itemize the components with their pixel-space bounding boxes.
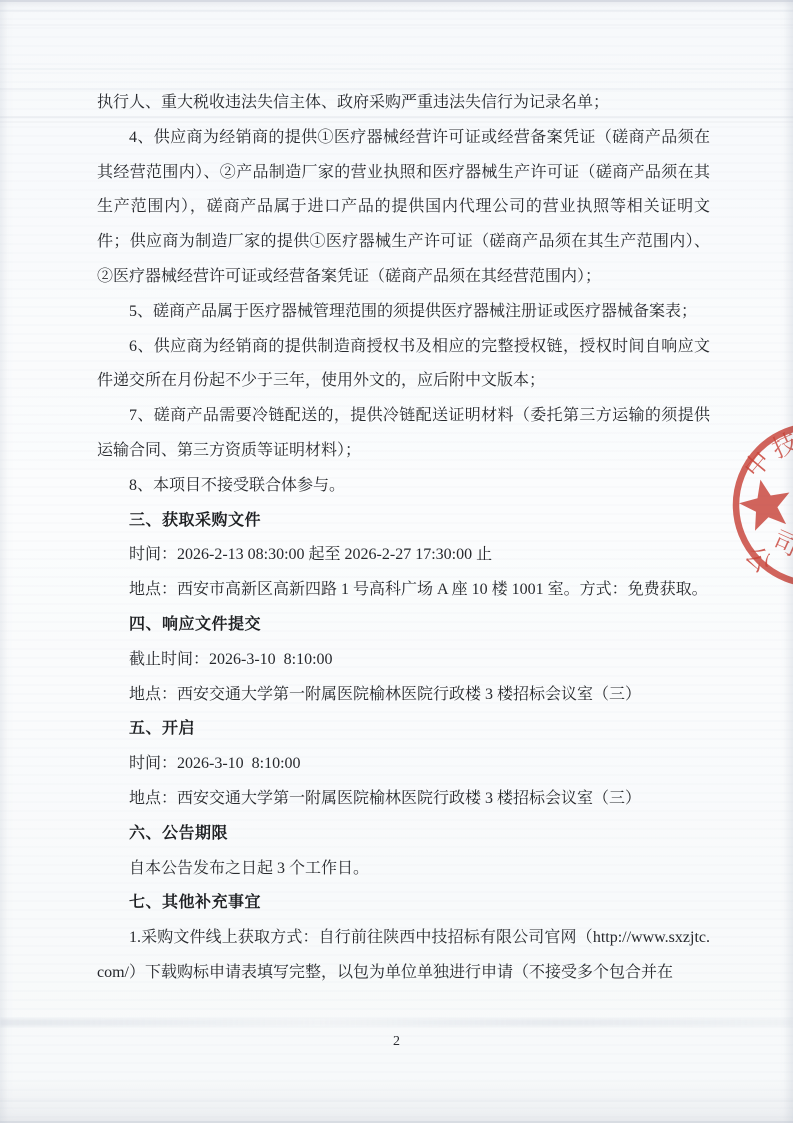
- clause-7: 7、磋商产品需要冷链配送的，提供冷链配送证明材料（委托第三方运输的须提供运输合同…: [97, 399, 710, 469]
- acquire-time: 时间：2026-2-13 08:30:00 起至 2026-2-27 17:30…: [97, 538, 710, 573]
- scan-artifact-band: [0, 1019, 793, 1026]
- open-location: 地点：西安交通大学第一附属医院榆林医院行政楼 3 楼招标会议室（三）: [97, 782, 710, 817]
- scan-artifact-line: [0, 24, 793, 26]
- scan-artifact-line: [0, 10, 793, 12]
- scan-artifact-line: [0, 0, 793, 2]
- acquire-location: 地点：西安市高新区高新四路 1 号高科广场 A 座 10 楼 1001 室。方式…: [97, 573, 710, 608]
- section-4-heading: 四、响应文件提交: [97, 608, 710, 643]
- red-company-seal-icon: 中 技 公 司: [731, 412, 793, 598]
- clause-8: 8、本项目不接受联合体参与。: [97, 469, 710, 504]
- seal-star-icon: [739, 480, 789, 531]
- body-line-continuation: 执行人、重大税收违法失信主体、政府采购严重违法失信行为记录名单；: [97, 86, 710, 121]
- scanned-document-page: 执行人、重大税收违法失信主体、政府采购严重违法失信行为记录名单； 4、供应商为经…: [0, 0, 793, 1123]
- scan-artifact-line: [0, 68, 793, 70]
- seal-character-top: 中: [739, 446, 777, 483]
- scan-artifact-line: [0, 1100, 793, 1102]
- submit-deadline: 截止时间：2026-3-10 8:10:00: [97, 643, 710, 678]
- clause-4: 4、供应商为经销商的提供①医疗器械经营许可证或经营备案凭证（磋商产品须在其经营范…: [97, 121, 710, 295]
- clause-5: 5、磋商产品属于医疗器械管理范围的须提供医疗器械注册证或医疗器械备案表；: [97, 295, 710, 330]
- section-5-heading: 五、开启: [97, 712, 710, 747]
- section-6-heading: 六、公告期限: [97, 817, 710, 852]
- seal-character-top-partial: 技: [768, 428, 793, 464]
- page-number: 2: [0, 1032, 793, 1052]
- section-7-heading: 七、其他补充事宜: [97, 886, 710, 921]
- open-time: 时间：2026-3-10 8:10:00: [97, 747, 710, 782]
- submit-location: 地点：西安交通大学第一附属医院榆林医院行政楼 3 楼招标会议室（三）: [97, 678, 710, 713]
- supplement-1: 1.采购文件线上获取方式：自行前往陕西中技招标有限公司官网（http://www…: [97, 921, 710, 991]
- announcement-period: 自本公告发布之日起 3 个工作日。: [97, 852, 710, 887]
- section-3-heading: 三、获取采购文件: [97, 504, 710, 539]
- clause-6: 6、供应商为经销商的提供制造商授权书及相应的完整授权链，授权时间自响应文件递交所…: [97, 330, 710, 400]
- document-body: 执行人、重大税收违法失信主体、政府采购严重违法失信行为记录名单； 4、供应商为经…: [97, 86, 710, 991]
